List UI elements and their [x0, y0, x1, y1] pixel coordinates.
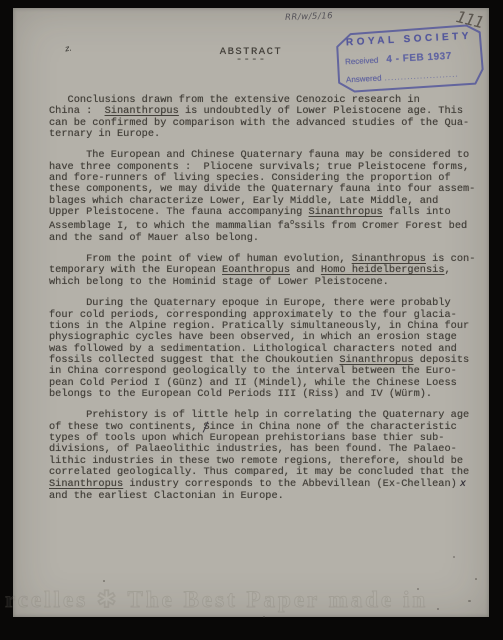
text-segment: China :	[49, 105, 105, 117]
text-line: which belong to the Hominid stage of Low…	[49, 277, 491, 288]
text-segment: can be confirmed by comparison with the …	[49, 117, 469, 129]
stamp-received-label: Received	[345, 56, 379, 67]
underlined-term: Homo heidelbergensis	[321, 264, 445, 276]
text-segment: Upper Pleistocene. The fauna accompanyin…	[49, 206, 309, 218]
text-segment: and the sand of Mauer also belong.	[49, 232, 259, 244]
abstract-body: Conclusions drawn from the extensive Cen…	[49, 95, 491, 512]
paper-speck	[468, 600, 471, 602]
text-line: and the sand of Mauer also belong.	[49, 233, 491, 244]
text-segment: temporary with the European	[49, 264, 222, 276]
text-segment: S	[203, 422, 209, 433]
archive-reference: RR/w/5/16	[285, 11, 333, 23]
text-segment: industry corresponds to the Abbevillean …	[123, 478, 457, 490]
text-line: ternary in Europe.	[49, 129, 491, 140]
text-segment: lithic industries in these two remote re…	[49, 455, 463, 467]
text-line: and the earliest Clactonian in Europe.	[49, 491, 491, 502]
text-segment: and	[290, 264, 321, 276]
paragraph: Conclusions drawn from the extensive Cen…	[49, 95, 491, 140]
text-segment: belongs to the European Cold Periods III…	[49, 388, 432, 400]
text-segment: Assemblage I, to which the mammalian fa	[49, 220, 290, 232]
paper-speck	[263, 616, 265, 618]
text-segment: physiographic cycles have been observed,…	[49, 331, 457, 343]
paper-speck	[475, 578, 477, 580]
text-segment: divisions, of Palaeolithic industries, h…	[49, 443, 457, 455]
text-segment: have three components : Pliocene surviva…	[49, 161, 469, 173]
stamp-answered-label: Answered	[346, 74, 382, 85]
text-segment: four cold periods, corresponding approxi…	[49, 309, 457, 321]
text-segment: Prehistory is of little help in correlat…	[49, 409, 469, 421]
text-segment: was followed by a sedimentation. Litholo…	[49, 343, 457, 355]
text-segment: pean Cold Period I (Günz) and II (Mindel…	[49, 377, 457, 389]
text-segment: blages which characterize Lower, Early M…	[49, 195, 438, 207]
underlined-term: Sinanthropus	[309, 206, 383, 218]
underlined-term: Eoanthropus	[222, 264, 290, 276]
text-line: Assemblage I, to which the mammalian fao…	[49, 218, 491, 232]
underlined-term: Sinanthropus	[49, 478, 123, 490]
text-segment: x	[457, 478, 466, 489]
text-segment: ternary in Europe.	[49, 128, 160, 140]
text-segment: ,	[445, 264, 451, 276]
paragraph: The European and Chinese Quaternary faun…	[49, 150, 491, 244]
text-segment: ssils from Cromer Forest bed	[294, 220, 467, 232]
text-segment: and the earliest Clactonian in Europe.	[49, 490, 284, 502]
text-line: belongs to the European Cold Periods III…	[49, 389, 491, 400]
text-segment: During the Quaternary epoque in Europe, …	[49, 297, 451, 309]
paper-watermark: rcelles ✱ The Best Paper made in	[5, 587, 503, 613]
text-segment: is undoubtedly of Lower Pleistocene age.…	[179, 105, 463, 117]
text-segment: falls into	[383, 206, 451, 218]
text-segment: of these two continents,	[49, 421, 203, 433]
text-segment: ince in China none of the characteristic	[210, 421, 457, 433]
underlined-term: Sinanthropus	[105, 105, 179, 117]
text-segment: The European and Chinese Quaternary faun…	[49, 149, 469, 161]
paragraph: Prehistory is of little help in correlat…	[49, 410, 491, 502]
text-line: correlated geologically. Thus compared, …	[49, 467, 491, 478]
royal-society-stamp: ROYAL SOCIETY Received4 - FEB 1937 Answe…	[333, 23, 486, 95]
document-page: z. RR/w/5/16 111 ABSTRACT ---- ROYAL SOC…	[13, 8, 489, 617]
text-segment: these components, we may divide the Quat…	[49, 183, 475, 195]
text-segment: correlated geologically. Thus compared, …	[49, 466, 469, 478]
paper-speck	[437, 608, 439, 610]
paragraph: From the point of view of human evolutio…	[49, 254, 491, 288]
paper-speck	[173, 308, 175, 310]
paper-speck	[103, 580, 105, 582]
text-segment: which belong to the Hominid stage of Low…	[49, 276, 389, 288]
paper-speck	[453, 556, 455, 558]
paper-speck	[417, 588, 419, 590]
text-line: Upper Pleistocene. The fauna accompanyin…	[49, 207, 491, 218]
paragraph: During the Quaternary epoque in Europe, …	[49, 298, 491, 400]
text-segment: in China correspond geologically to the …	[49, 365, 457, 377]
